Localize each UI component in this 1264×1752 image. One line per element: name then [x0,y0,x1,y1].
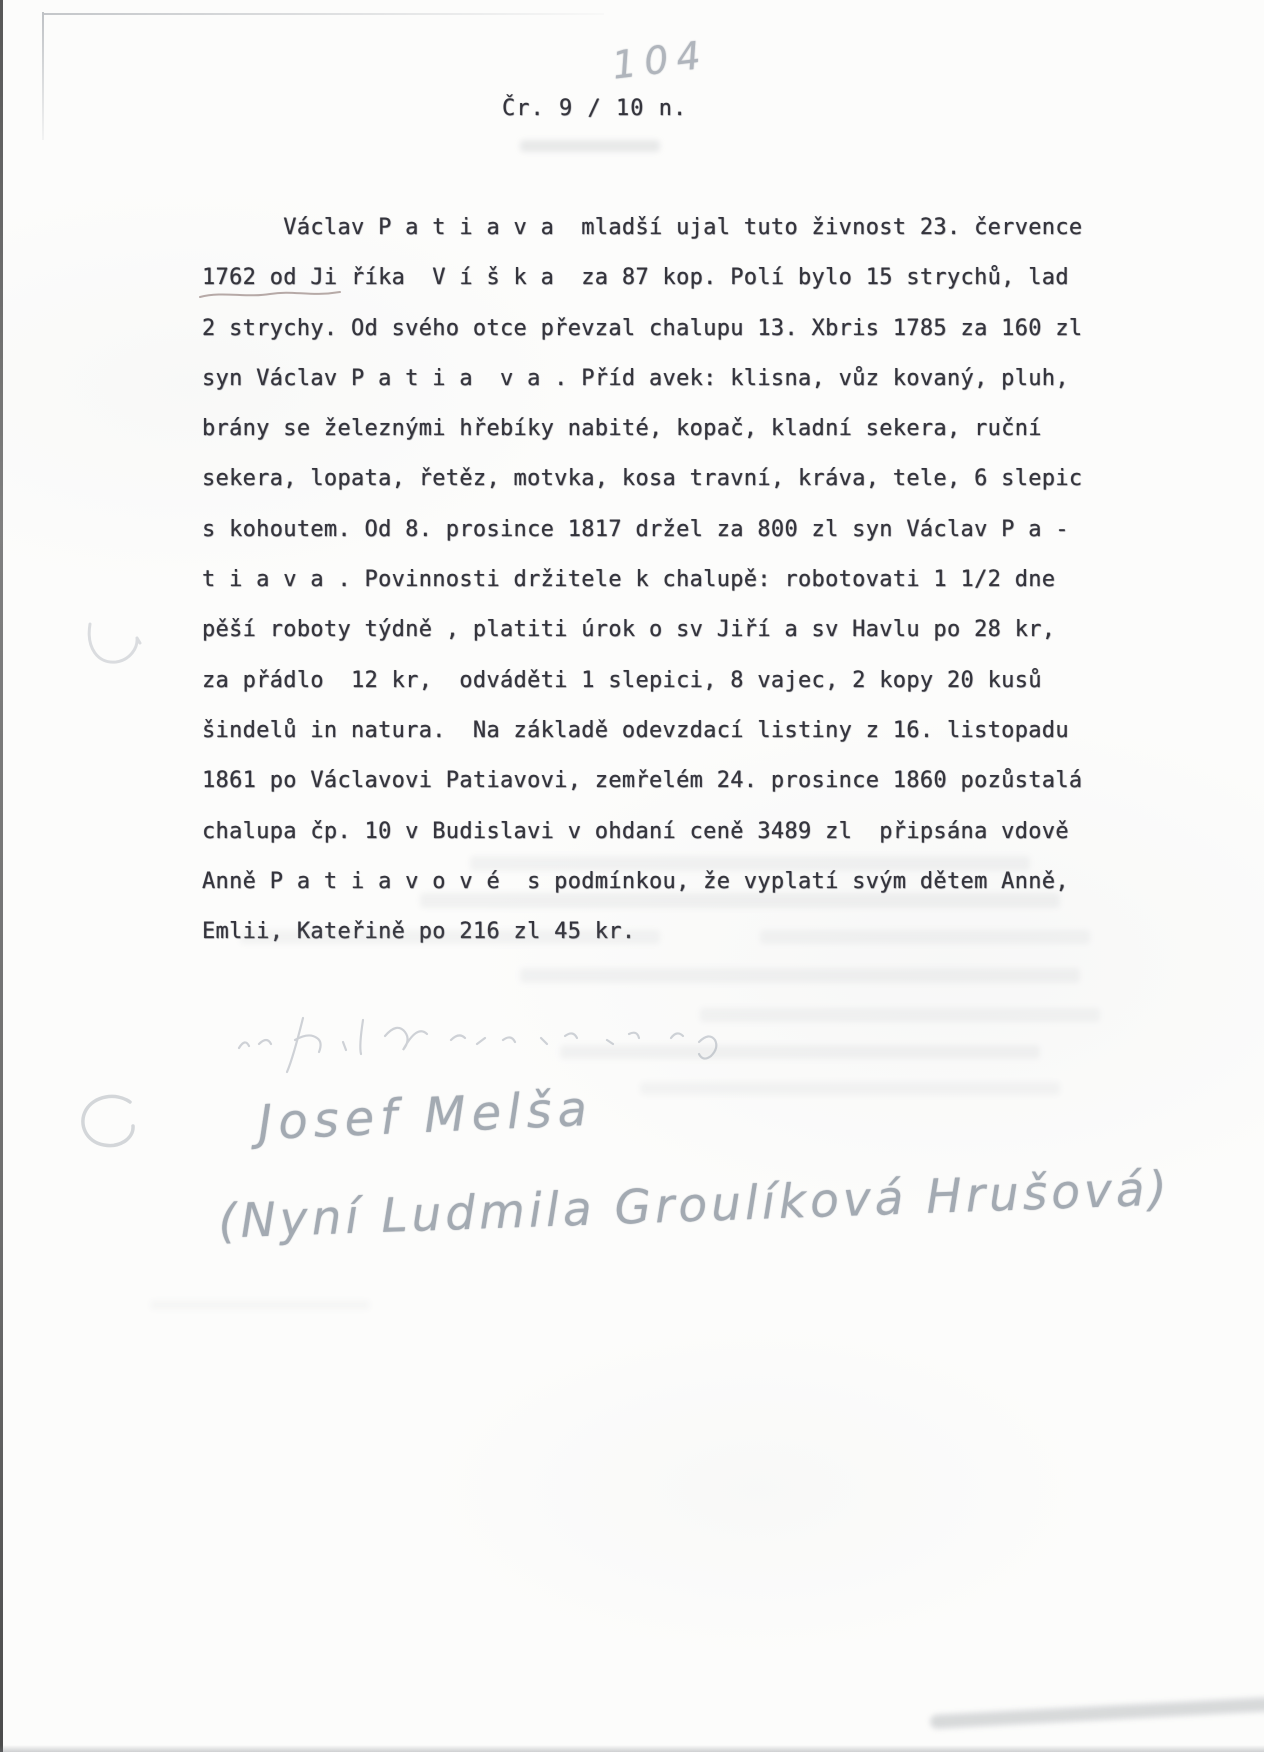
body-line: 1861 po Václavovi Patiavovi, zemřelém 24… [202,756,1082,806]
scan-corner-vertical-line [42,12,44,140]
handwritten-page-number: 104 [610,32,711,87]
bleed-through-row [470,856,1030,871]
scan-bottom-streak [930,1697,1264,1729]
body-line: chalupa čp. 10 v Budislavi v ohdaní ceně… [202,807,1082,857]
body-line: Václav P a t i a v a mladší ujal tuto ži… [202,203,1082,253]
body-line: pěší roboty týdně , platiti úrok o sv Ji… [202,605,1082,655]
body-line: za přádlo 12 kr, odváděti 1 slepici, 8 v… [202,656,1082,706]
body-line: t i a v a . Povinnosti držitele k chalup… [202,555,1082,605]
scan-corner-horizontal-line [44,13,604,15]
bleed-through-row [760,930,1090,944]
pencil-underline-1762 [198,288,343,302]
margin-circle-mark [76,1090,146,1152]
body-line: 2 strychy. Od svého otce převzal chalupu… [202,304,1082,354]
bleed-through-row [640,1082,1060,1095]
bleed-through-row [560,1045,1040,1059]
bleed-through-row [520,968,1080,983]
bleed-through-row [420,893,1060,908]
scan-left-edge [0,0,3,1752]
document-heading: Čr. 9 / 10 n. [502,96,687,121]
bleed-through-row [700,1008,1100,1022]
body-line: s kohoutem. Od 8. prosince 1817 držel za… [202,505,1082,555]
body-line: syn Václav P a t i a v a . Příd avek: kl… [202,354,1082,404]
body-line: sekera, lopata, řetěz, motvka, kosa trav… [202,454,1082,504]
scanned-document-page: 104 Čr. 9 / 10 n. Václav P a t i a v a m… [0,0,1264,1752]
body-line: brány se železnými hřebíky nabité, kopač… [202,404,1082,454]
bleed-through-row [520,140,660,152]
margin-squiggle-mark [82,596,152,676]
scan-bottom-edge [0,1745,1264,1752]
body-line: šindelů in natura. Na základě odevzdací … [202,706,1082,756]
document-body: Václav P a t i a v a mladší ujal tuto ži… [202,203,1082,957]
bleed-through-row [150,1300,370,1310]
bleed-through-row [240,930,660,944]
signature-name: Josef Melša [257,1081,594,1152]
signature-note: (Nyní Ludmila Groulíková Hrušová) [217,1161,1171,1249]
